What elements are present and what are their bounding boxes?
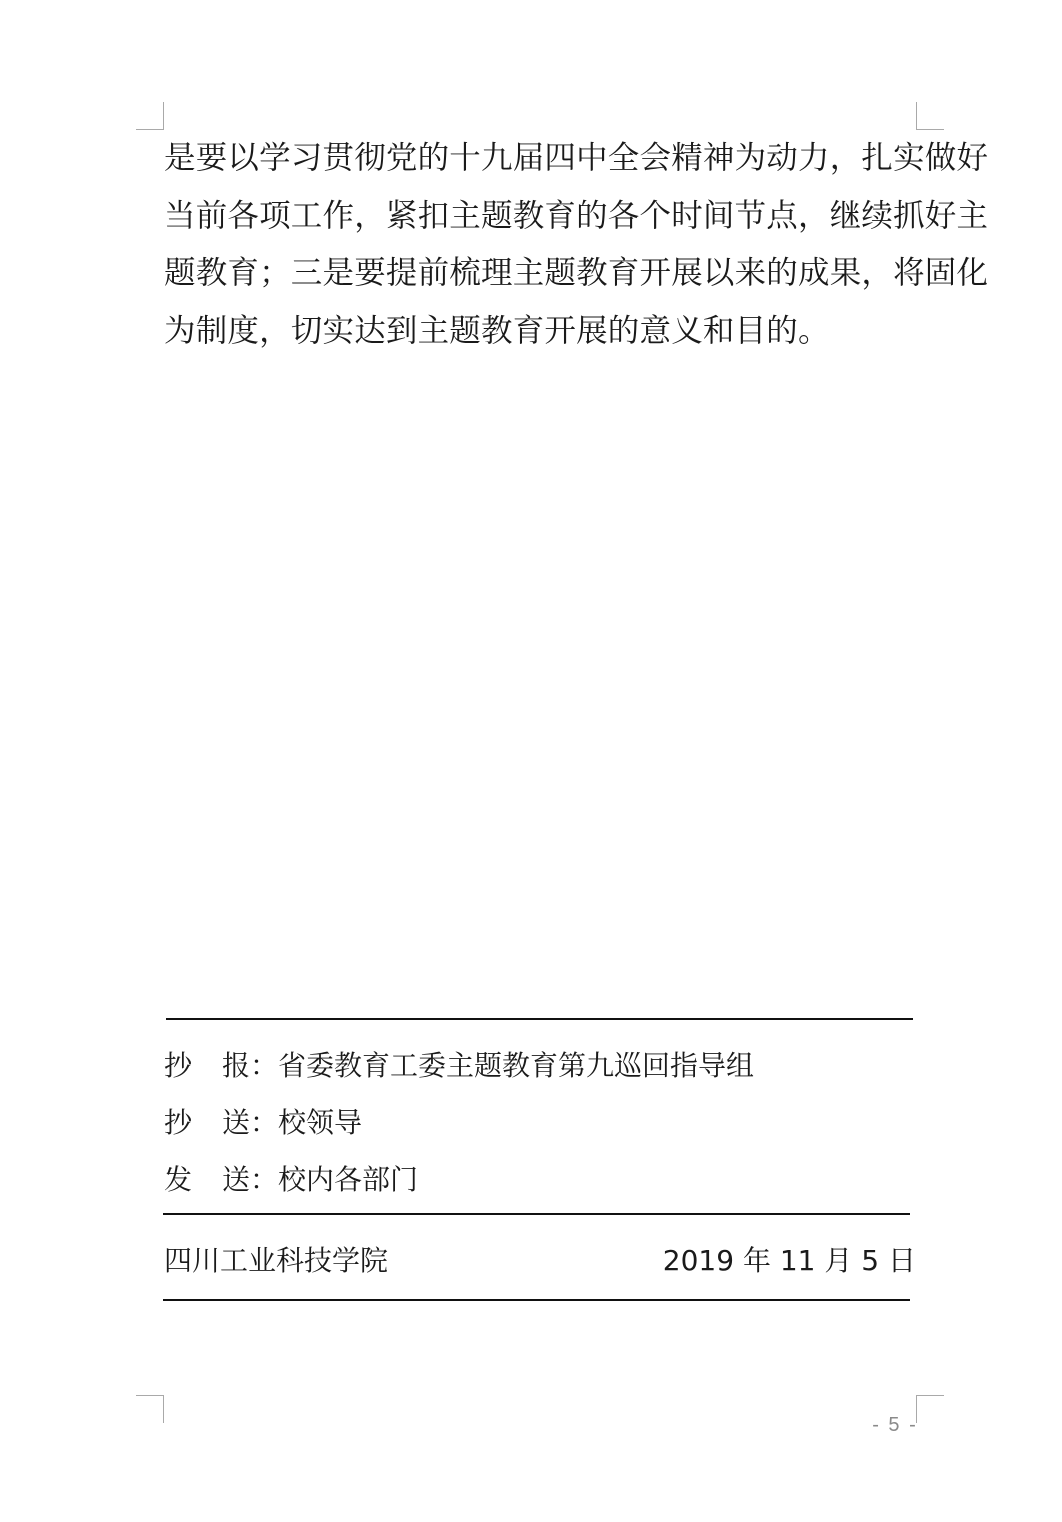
- crop-mark-top-left: [136, 102, 164, 130]
- body-line: 是要以学习贯彻党的十九届四中全会精神为动力，扎实做好: [164, 130, 916, 188]
- body-line: 题教育；三是要提前梳理主题教育开展以来的成果，将固化: [164, 245, 916, 303]
- row-value: 省委教育工委主题教育第九巡回指导组: [278, 1037, 754, 1094]
- crop-mark-top-right: [916, 102, 944, 130]
- row-colon: ：: [250, 1151, 278, 1208]
- row-colon: ：: [250, 1037, 278, 1094]
- issuer-name: 四川工业科技学院: [164, 1235, 388, 1287]
- row-label-first: 抄: [164, 1037, 222, 1094]
- row-label-second: 送: [222, 1094, 250, 1151]
- distribution-row-report-to: 抄 报 ： 省委教育工委主题教育第九巡回指导组: [164, 1037, 914, 1094]
- row-label-second: 送: [222, 1151, 250, 1208]
- issue-date: 2019 年 11 月 5 日: [663, 1235, 916, 1287]
- page-number: - 5 -: [870, 1414, 920, 1437]
- distribution-row-send-to: 发 送 ： 校内各部门: [164, 1151, 914, 1208]
- distribution-list: 抄 报 ： 省委教育工委主题教育第九巡回指导组 抄 送 ： 校领导 发 送 ： …: [164, 1037, 914, 1208]
- body-line: 当前各项工作，紧扣主题教育的各个时间节点，继续抓好主: [164, 188, 916, 246]
- crop-mark-bottom-left: [136, 1395, 164, 1423]
- body-paragraph: 是要以学习贯彻党的十九届四中全会精神为动力，扎实做好 当前各项工作，紧扣主题教育…: [164, 130, 916, 360]
- row-value: 校领导: [278, 1094, 362, 1151]
- distribution-row-cc: 抄 送 ： 校领导: [164, 1094, 914, 1151]
- row-label-first: 抄: [164, 1094, 222, 1151]
- row-value: 校内各部门: [278, 1151, 418, 1208]
- body-line: 为制度，切实达到主题教育开展的意义和目的。: [164, 303, 916, 361]
- row-colon: ：: [250, 1094, 278, 1151]
- issuer-footer: 四川工业科技学院 2019 年 11 月 5 日: [164, 1235, 916, 1287]
- row-label-first: 发: [164, 1151, 222, 1208]
- crop-mark-bottom-right: [916, 1395, 944, 1423]
- row-label-second: 报: [222, 1037, 250, 1094]
- divider-bottom: [163, 1299, 910, 1301]
- document-page: 是要以学习贯彻党的十九届四中全会精神为动力，扎实做好 当前各项工作，紧扣主题教育…: [0, 0, 1062, 1522]
- divider-middle: [163, 1213, 910, 1215]
- divider-top: [166, 1018, 913, 1020]
